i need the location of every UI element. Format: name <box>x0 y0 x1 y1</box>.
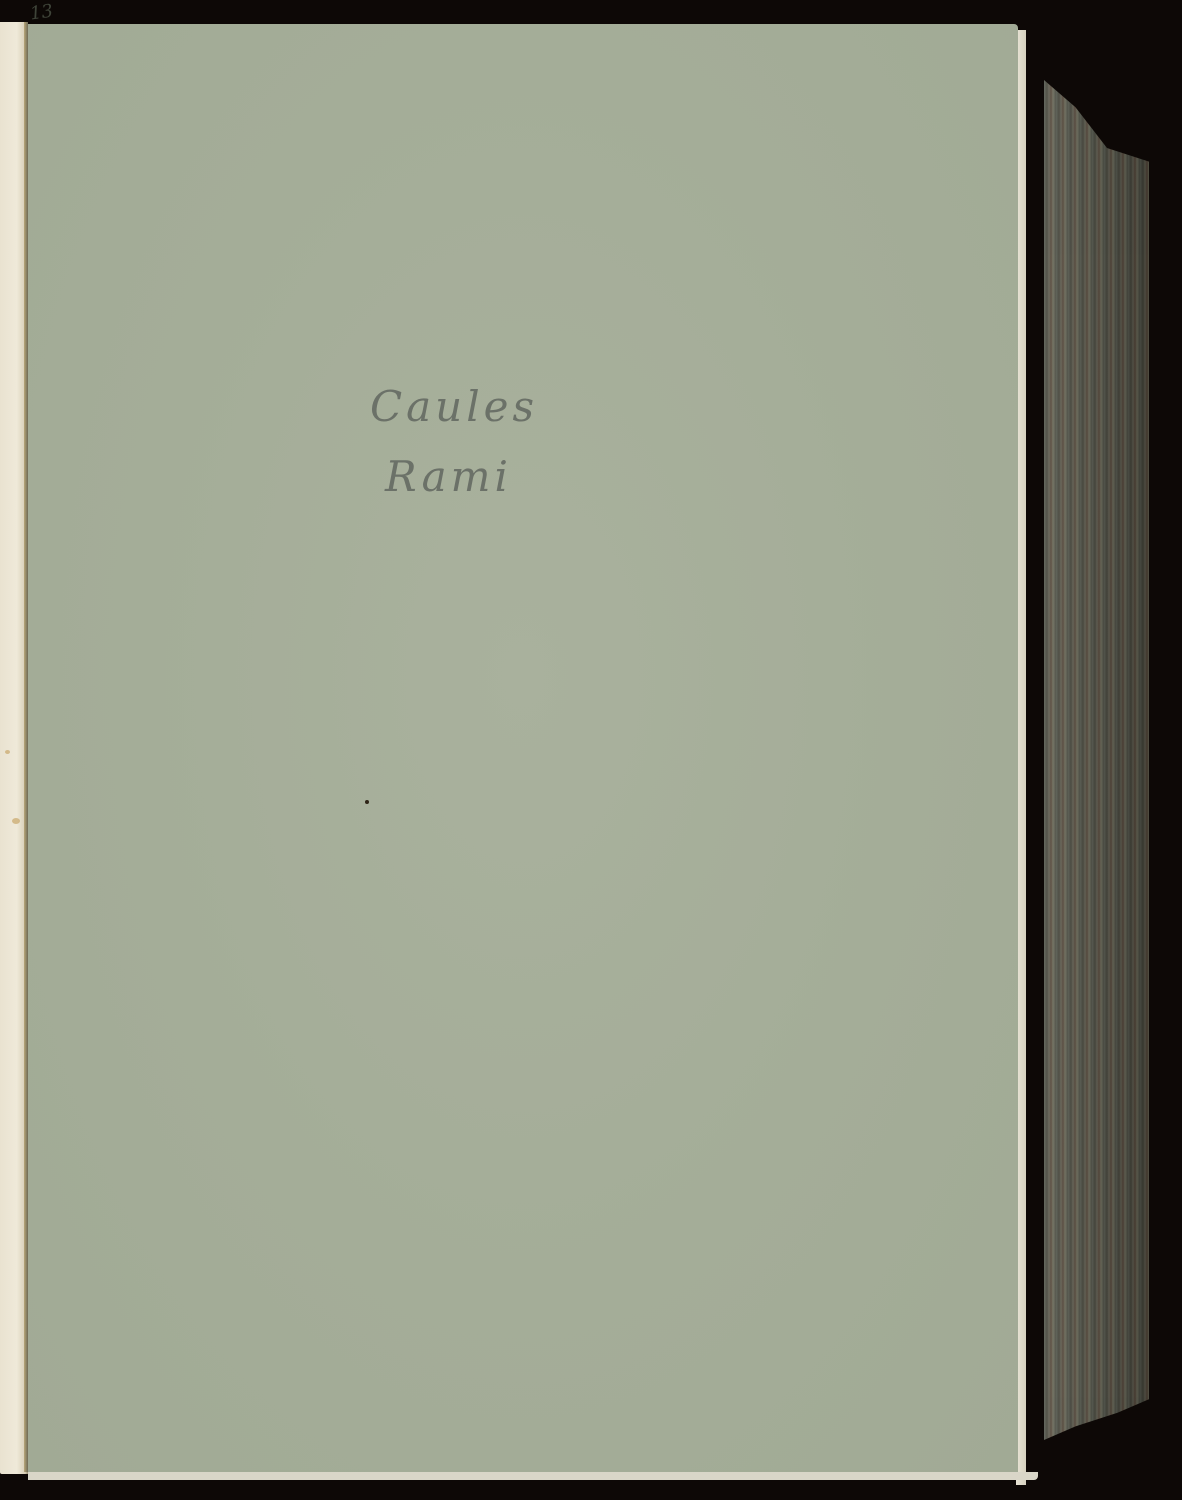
pencil-annotation-line-1: Caules <box>370 382 538 431</box>
book-fore-edge <box>1044 80 1149 1440</box>
paper-speck <box>365 800 369 804</box>
right-page <box>28 24 1018 1472</box>
page-number: 13 <box>29 1 55 25</box>
foxing-stain <box>5 750 10 754</box>
foxing-stain <box>12 818 20 824</box>
pencil-annotation-line-2: Rami <box>385 452 512 501</box>
underlying-leaf-bottom <box>28 1472 1038 1480</box>
